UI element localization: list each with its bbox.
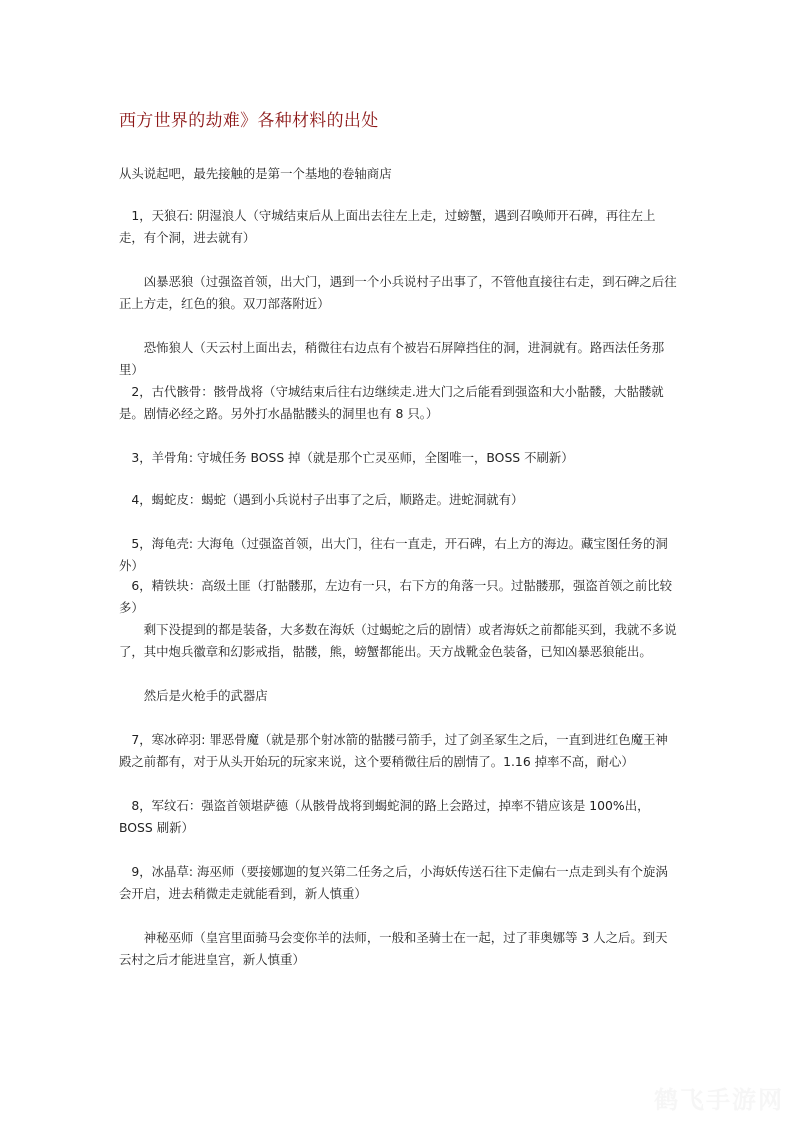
paragraph-item-1: 1，天狼石: 阴湿浪人（守城结束后从上面出去往左上走，过螃蟹，遇到召唤师开石碑，… [119, 205, 679, 249]
paragraph-item-2: 2，古代骸骨：骸骨战将（守城结束后往右边继续走.进大门之后能看到强盗和大小骷髅，… [119, 381, 679, 425]
paragraph-remaining-equipment: 剩下没提到的都是装备，大多数在海妖（过蝎蛇之后的剧情）或者海妖之前都能买到，我就… [119, 619, 679, 663]
paragraph-item-9b: 神秘巫师（皇宫里面骑马会变你羊的法师，一般和圣骑士在一起，过了菲奥娜等 3 人之… [119, 927, 679, 971]
paragraph-item-9: 9，冰晶草: 海巫师（要接娜迦的复兴第二任务之后，小海妖传送石往下走偏右一点走到… [119, 861, 679, 905]
paragraph-item-6: 6，精铁块：高级土匪（打骷髅那，左边有一只，右下方的角落一只。过骷髅那，强盗首领… [119, 575, 679, 619]
paragraph-item-8: 8，军纹石：强盗首领堪萨德（从骸骨战将到蝎蛇洞的路上会路过，掉率不错应该是 10… [119, 795, 679, 839]
paragraph-item-1b: 凶暴恶狼（过强盗首领，出大门，遇到一个小兵说村子出事了，不管他直接往右走，到石碑… [119, 271, 679, 315]
site-watermark: 鹤飞手游网 [654, 1080, 784, 1115]
paragraph-weapon-shop: 然后是火枪手的武器店 [119, 685, 679, 707]
paragraph-item-1c: 恐怖狼人（天云村上面出去，稍微往右边点有个被岩石屏障挡住的洞，进洞就有。路西法任… [119, 337, 679, 381]
paragraph-item-4: 4，蝎蛇皮：蝎蛇（遇到小兵说村子出事了之后，顺路走。进蛇洞就有） [119, 489, 679, 511]
paragraph-item-5: 5，海龟壳: 大海龟（过强盗首领，出大门，往右一直走，开石碑，右上方的海边。藏宝… [119, 533, 679, 577]
intro-paragraph: 从头说起吧，最先接触的是第一个基地的卷轴商店 [119, 163, 679, 185]
paragraph-item-7: 7，寒冰碎羽: 罪恶骨魔（就是那个射冰箭的骷髅弓箭手，过了剑圣冢生之后，一直到进… [119, 729, 679, 773]
paragraph-item-3: 3，羊骨角: 守城任务 BOSS 掉（就是那个亡灵巫师，全图唯一，BOSS 不刷… [119, 447, 679, 469]
document-title: 西方世界的劫难》各种材料的出处 [119, 106, 379, 131]
